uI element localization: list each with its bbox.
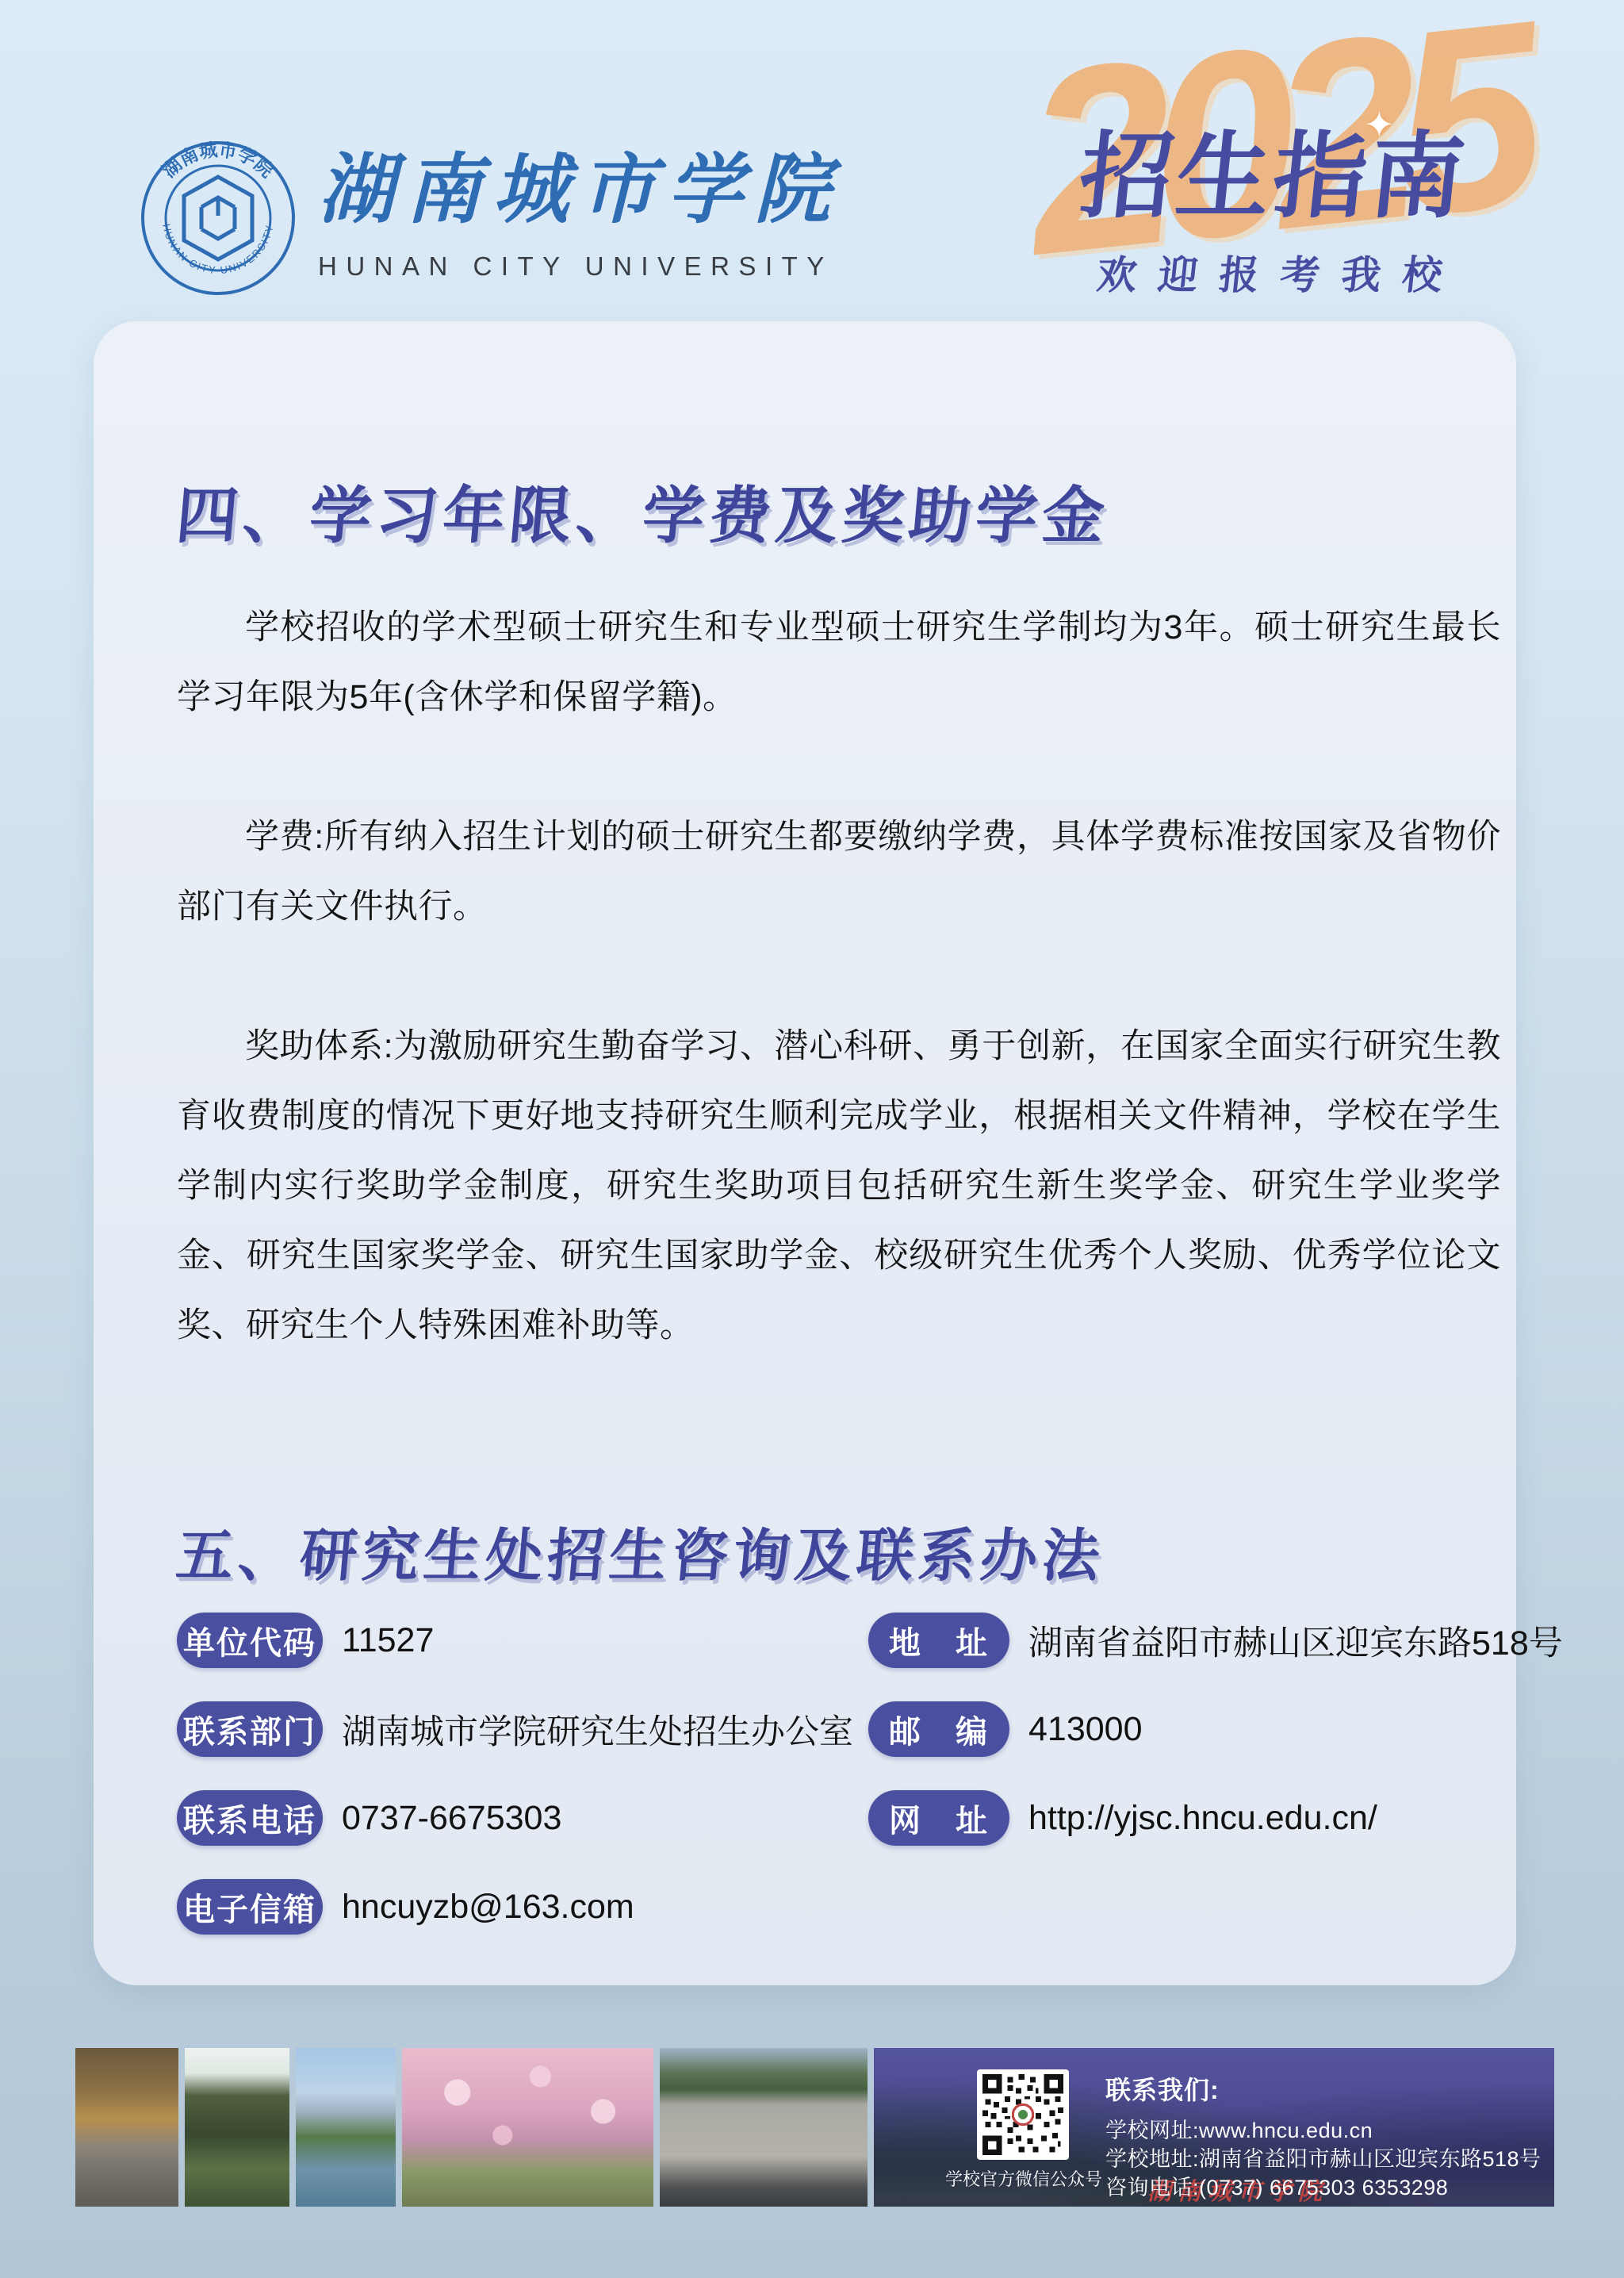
wechat-qr-block: 学校官方微信公众号: [977, 2069, 1071, 2160]
section-four-title: 四、学习年限、学费及奖助学金: [173, 466, 1113, 555]
admission-guide-badge: 2025 ✦ 招生指南 欢迎报考我校: [1031, 67, 1586, 329]
footer-contact-panel: 湖南城市学院: [874, 2048, 1554, 2207]
university-name-zh: 湖南城市学院: [318, 139, 841, 242]
university-logo-block: 湖南城市学院 HUNAN CITY UNIVERSITY 湖南城市学院 HUNA…: [139, 139, 841, 297]
contact-column-left: 单位代码 11527 联系部门 湖南城市学院研究生处招生办公室 联系电话 073…: [177, 1613, 853, 1968]
contact-row-department: 联系部门 湖南城市学院研究生处招生办公室: [177, 1701, 853, 1757]
contact-column-right: 地 址 湖南省益阳市赫山区迎宾东路518号 邮 编 413000 网 址 htt…: [868, 1613, 1563, 1879]
postcode-label-badge: 邮 编: [868, 1701, 1009, 1757]
website-label-badge: 网 址: [868, 1790, 1009, 1846]
section-four-body: 学校招收的学术型硕士研究生和专业型硕士研究生学制均为3年。硕士研究生最长学习年限…: [177, 593, 1501, 1430]
address-value: 湖南省益阳市赫山区迎宾东路518号: [1028, 1616, 1563, 1665]
department-label-badge: 联系部门: [177, 1701, 323, 1757]
paragraph-tuition: 学费:所有纳入招生计划的硕士研究生都要缴纳学费，具体学费标准按国家及省物价部门有…: [177, 802, 1501, 941]
university-name-en: HUNAN CITY UNIVERSITY: [318, 251, 841, 282]
department-value: 湖南城市学院研究生处招生办公室: [342, 1705, 853, 1754]
cube-monogram-icon: [184, 177, 252, 259]
contact-row-website: 网 址 http://yjsc.hncu.edu.cn/: [868, 1790, 1563, 1846]
svg-text:HUNAN CITY UNIVERSITY: HUNAN CITY UNIVERSITY: [160, 223, 275, 276]
footer-address-line: 学校地址:湖南省益阳市赫山区迎宾东路518号: [1105, 2145, 1542, 2173]
photo-campus-road: [75, 2048, 178, 2207]
paragraph-study-duration: 学校招收的学术型硕士研究生和专业型硕士研究生学制均为3年。硕士研究生最长学习年限…: [177, 593, 1501, 732]
footer-phone-line: 咨询电话:(0737) 6675303 6353298: [1105, 2173, 1542, 2202]
photo-cherry-blossoms: [402, 2048, 653, 2207]
contact-row-email: 电子信箱 hncuyzb@163.com: [177, 1879, 853, 1935]
footer-website-line: 学校网址:www.hncu.edu.cn: [1105, 2116, 1542, 2145]
footer-contact-text: 联系我们: 学校网址:www.hncu.edu.cn 学校地址:湖南省益阳市赫山…: [1105, 2070, 1542, 2202]
contact-row-phone: 联系电话 0737-6675303: [177, 1790, 853, 1846]
section-five-title: 五、研究生处招生咨询及联系办法: [173, 1509, 1108, 1592]
phone-label-badge: 联系电话: [177, 1790, 323, 1846]
website-value-link[interactable]: http://yjsc.hncu.edu.cn/: [1028, 1799, 1377, 1838]
badge-title: 招生指南: [1075, 129, 1473, 224]
phone-value: 0737-6675303: [342, 1799, 561, 1838]
postcode-value: 413000: [1028, 1710, 1143, 1749]
email-label-badge: 电子信箱: [177, 1879, 323, 1935]
unit-code-label-badge: 单位代码: [177, 1613, 323, 1668]
contact-row-unit-code: 单位代码 11527: [177, 1613, 853, 1668]
paragraph-scholarship: 奖助体系:为激励研究生勤奋学习、潜心科研、勇于创新，在国家全面实行研究生教育收费…: [177, 1011, 1501, 1360]
qr-caption: 学校官方微信公众号: [945, 2166, 1102, 2191]
email-value-link[interactable]: hncuyzb@163.com: [342, 1888, 634, 1927]
contact-row-postcode: 邮 编 413000: [868, 1701, 1563, 1757]
footer-strip: 湖南城市学院: [75, 2048, 1554, 2207]
photo-pavilion: [185, 2048, 289, 2207]
address-label-badge: 地 址: [868, 1613, 1009, 1668]
content-card: 四、学习年限、学费及奖助学金 学校招收的学术型硕士研究生和专业型硕士研究生学制均…: [94, 321, 1516, 1985]
photo-stone-wall: [660, 2048, 868, 2207]
unit-code-value: 11527: [342, 1621, 434, 1660]
photo-building-lake: [296, 2048, 396, 2207]
footer-contact-title: 联系我们:: [1105, 2070, 1542, 2107]
badge-subtitle: 欢迎报考我校: [1094, 244, 1467, 301]
university-seal-icon: 湖南城市学院 HUNAN CITY UNIVERSITY: [139, 139, 297, 297]
contact-row-address: 地 址 湖南省益阳市赫山区迎宾东路518号: [868, 1613, 1563, 1668]
qr-code-icon: [977, 2069, 1069, 2160]
admission-guide-page: 湖南城市学院 HUNAN CITY UNIVERSITY 湖南城市学院 HUNA…: [0, 0, 1624, 2278]
